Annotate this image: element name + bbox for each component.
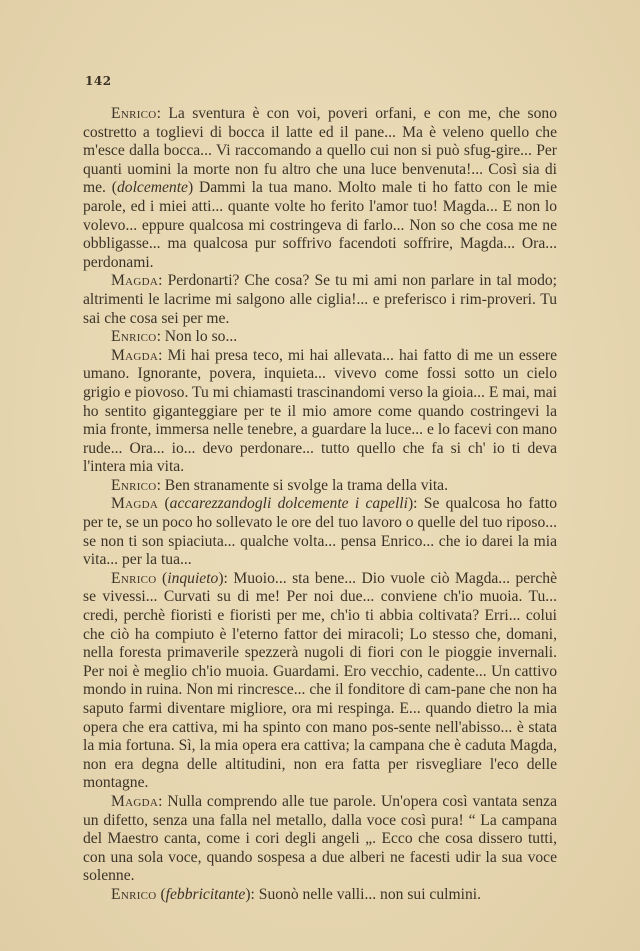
speaker-name: Magda	[111, 793, 158, 810]
dialogue-body: Enrico: La sventura è con voi, poveri or…	[83, 105, 557, 905]
stage-direction: (accarezzandogli dolcemente i capelli)	[158, 495, 413, 512]
dialogue-paragraph: Magda: Mi hai presa teco, mi hai allevat…	[83, 347, 557, 477]
inline-stage-direction: dolcemente	[117, 179, 188, 196]
page-number: 142	[85, 74, 112, 88]
dialogue-paragraph: Enrico (inquieto): Muoio... sta bene... …	[83, 570, 557, 793]
speaker-name: Magda	[111, 347, 158, 364]
dialogue-paragraph: Enrico: Ben stranamente si svolge la tra…	[83, 477, 557, 496]
dialogue-paragraph: Enrico: Non lo so...	[83, 328, 557, 347]
dialogue-paragraph: Magda: Nulla comprendo alle tue parole. …	[83, 793, 557, 886]
speaker-name: Enrico	[111, 570, 157, 587]
stage-direction-text: accarezzandogli dolcemente i capelli	[170, 495, 408, 512]
stage-direction-text: febbricitante	[166, 886, 246, 903]
speaker-name: Magda	[111, 495, 158, 512]
speaker-name: Enrico	[111, 886, 157, 903]
stage-direction: (febbricitante)	[157, 886, 251, 903]
dialogue-paragraph: Enrico (febbricitante): Suonò nelle vall…	[83, 886, 557, 905]
speaker-name: Enrico	[111, 105, 157, 122]
dialogue-text: : Non lo so...	[157, 328, 238, 345]
dialogue-paragraph: Magda (accarezzandogli dolcemente i cape…	[83, 495, 557, 569]
speaker-name: Enrico	[111, 477, 157, 494]
stage-direction: (inquieto)	[157, 570, 224, 587]
dialogue-text: : Suonò nelle valli... non sui culmini.	[251, 886, 481, 903]
dialogue-paragraph: Magda: Perdonarti? Che cosa? Se tu mi am…	[83, 272, 557, 328]
dialogue-paragraph: Enrico: La sventura è con voi, poveri or…	[83, 105, 557, 272]
dialogue-text: : Muoio... sta bene... Dio vuole ciò Mag…	[83, 570, 557, 792]
stage-direction-text: inquieto	[167, 570, 218, 587]
speaker-name: Enrico	[111, 328, 157, 345]
dialogue-text: : Ben stranamente si svolge la trama del…	[157, 477, 448, 494]
speaker-name: Magda	[111, 272, 158, 289]
dialogue-text: : Mi hai presa teco, mi hai allevata... …	[83, 347, 557, 476]
